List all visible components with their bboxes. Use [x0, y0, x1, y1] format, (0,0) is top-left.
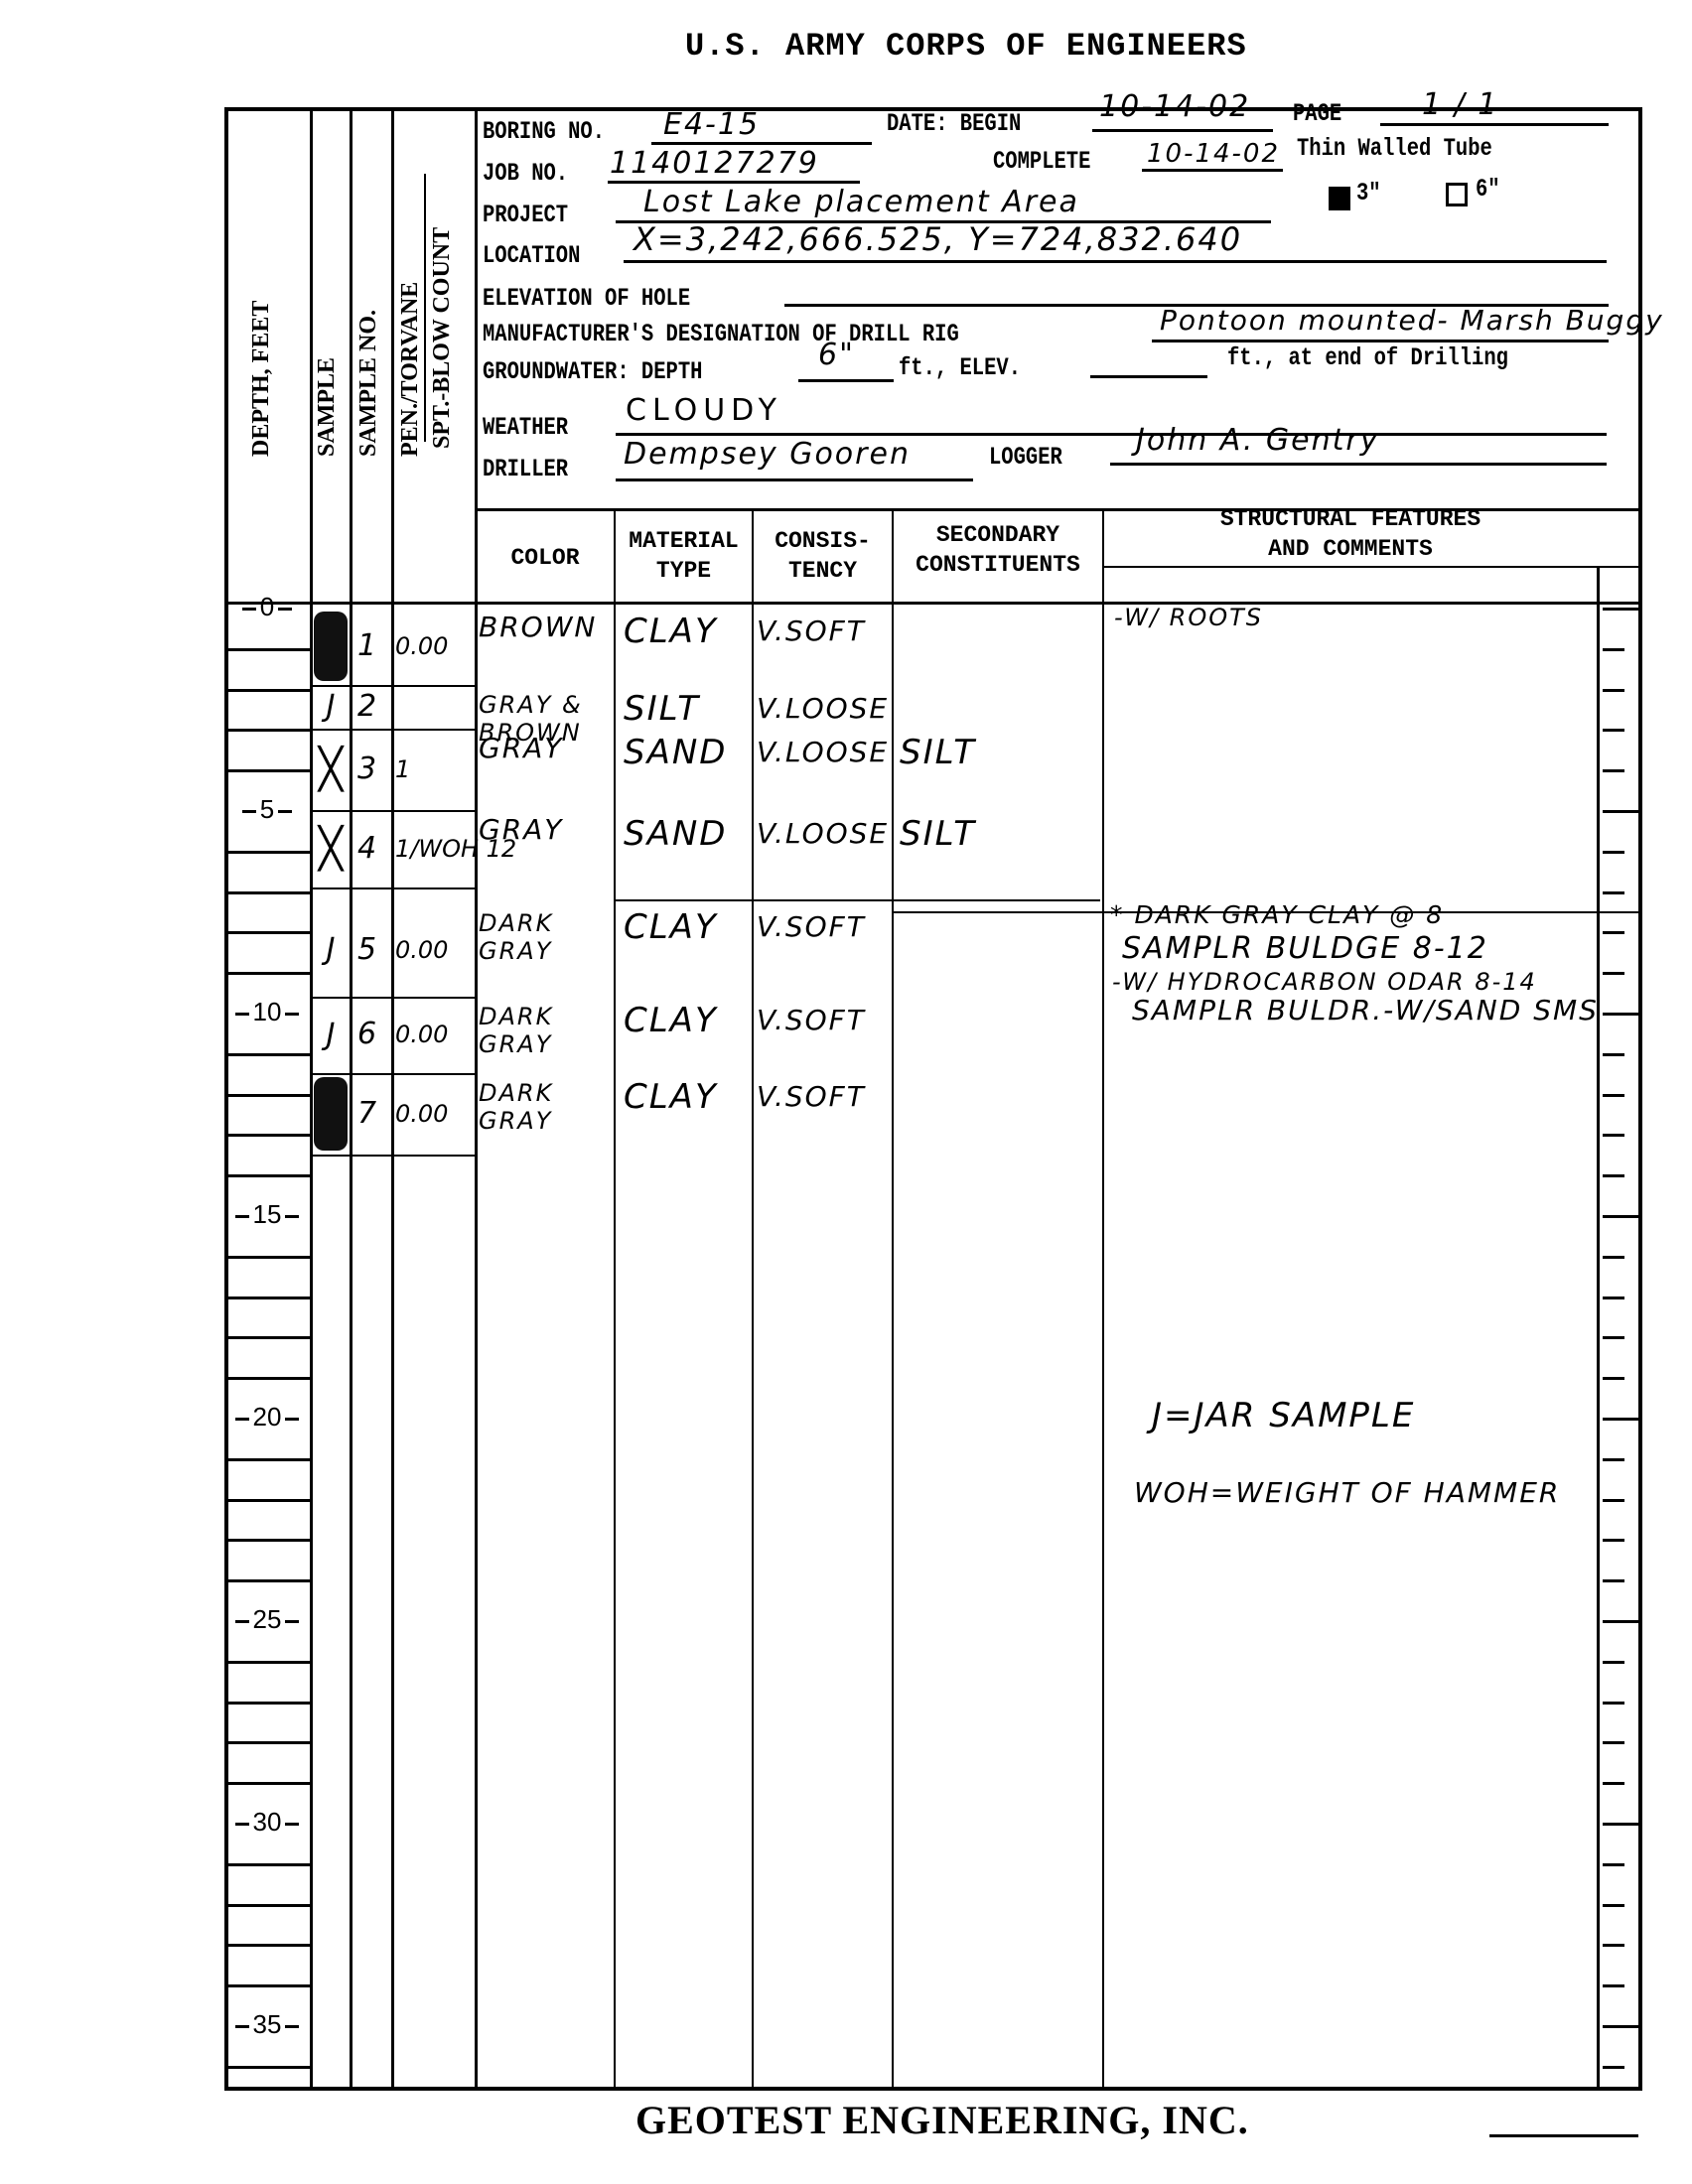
right-scale-tick — [1603, 810, 1638, 813]
divider — [475, 109, 478, 2090]
right-scale-tick — [1603, 931, 1624, 934]
sample-number: 2 — [357, 691, 378, 723]
color-value: GRAY — [479, 735, 610, 762]
color-value: DARK GRAY — [479, 909, 610, 965]
col-consistency-line1: CONSIS- — [754, 526, 892, 556]
right-scale-tick — [1603, 891, 1624, 894]
depth-tick-line — [224, 972, 310, 975]
pen-value: 0.00 — [395, 1098, 448, 1130]
right-scale-tick — [1603, 1539, 1624, 1542]
underline — [1142, 169, 1283, 172]
right-scale-tick — [1603, 729, 1624, 732]
material-value: SAND — [624, 737, 727, 768]
depth-tick-line — [224, 1174, 310, 1177]
logger-label: LOGGER — [989, 443, 1062, 472]
right-scale-tick — [1603, 1377, 1624, 1380]
depth-tick-line — [224, 1661, 310, 1664]
sample-spt-icon: ╳ — [314, 733, 348, 806]
underline — [651, 142, 872, 145]
signature-line — [1489, 2134, 1638, 2137]
tube-3in-label: 3" — [1356, 179, 1381, 207]
right-scale-tick — [1603, 648, 1624, 651]
right-scale-tick — [1603, 2066, 1624, 2069]
right-scale-tick — [1603, 1944, 1624, 1947]
secondary-value: SILT — [900, 818, 976, 850]
legend-jar-sample: J=JAR SAMPLE — [1152, 1400, 1415, 1432]
right-scale-tick — [1603, 2025, 1638, 2028]
depth-label: 10 — [224, 997, 310, 1027]
material-value: CLAY — [624, 615, 718, 647]
col-structural: STRUCTURAL FEATURES AND COMMENTS — [1104, 504, 1597, 564]
boring-no-value[interactable]: E4-15 — [663, 107, 760, 142]
right-scale-tick — [1603, 1215, 1638, 1218]
depth-tick-line — [224, 689, 310, 692]
sample-number: 6 — [357, 1019, 378, 1050]
right-scale-tick — [1603, 1984, 1624, 1987]
depth-tick-line — [224, 1782, 310, 1785]
consistency-value: V.SOFT — [757, 911, 866, 943]
col-secondary: SECONDARY CONSTITUENTS — [894, 520, 1102, 580]
sample-number: 3 — [357, 753, 378, 785]
right-scale-tick — [1603, 972, 1624, 975]
right-scale-tick — [1603, 689, 1624, 692]
col-material: MATERIAL TYPE — [616, 526, 752, 586]
legend-weight-of-hammer: WOH=WEIGHT OF HAMMER — [1134, 1477, 1560, 1509]
tube-3in-checkbox[interactable] — [1329, 187, 1350, 210]
color-value: GRAY — [479, 816, 610, 844]
sample-no-header: SAMPLE NO. — [355, 310, 382, 457]
sample-jar-icon: J — [314, 907, 348, 993]
right-scale-tick — [1603, 1782, 1624, 1785]
end-drilling-label: ft., at end of Drilling — [1227, 343, 1508, 372]
right-scale-tick — [1603, 1741, 1624, 1744]
divider — [350, 109, 352, 2090]
sample-row-divider — [310, 729, 475, 731]
divider — [752, 508, 754, 2087]
pen-value: 0.00 — [395, 934, 448, 966]
depth-tick-line — [224, 1984, 310, 1987]
underline — [1152, 340, 1609, 342]
divider — [1102, 508, 1104, 2087]
pen-value: 1 — [395, 753, 410, 785]
right-scale-tick — [1603, 1458, 1624, 1461]
right-scale-tick — [1603, 1702, 1624, 1705]
consistency-value: V.SOFT — [757, 1005, 866, 1036]
tube-6in-checkbox[interactable] — [1446, 183, 1468, 206]
page-value: 1 / 1 — [1422, 87, 1498, 122]
depth-header: DEPTH, FEET — [248, 301, 275, 457]
right-scale-tick — [1603, 1013, 1638, 1016]
divider — [614, 508, 616, 2087]
col-secondary-line1: SECONDARY — [894, 520, 1102, 550]
depth-tick-line — [224, 1053, 310, 1056]
sample-jar-icon: J — [314, 689, 348, 726]
right-scale-tick — [1603, 1661, 1624, 1664]
col-structural-line1: STRUCTURAL FEATURES — [1104, 504, 1597, 534]
divider — [391, 109, 394, 2090]
underline — [1110, 463, 1607, 466]
depth-tick-line — [224, 1539, 310, 1542]
sample-header: SAMPLE — [314, 357, 341, 457]
underline — [624, 260, 1607, 263]
depth-label: 0 — [224, 592, 310, 622]
right-scale-tick — [1603, 1297, 1624, 1299]
right-scale-tick — [1603, 1174, 1624, 1177]
job-no-label: JOB NO. — [483, 159, 568, 188]
depth-tick-line — [224, 729, 310, 732]
material-value: SILT — [624, 693, 700, 725]
material-value: CLAY — [624, 1081, 718, 1113]
depth-label: 20 — [224, 1402, 310, 1433]
sample-row-divider — [310, 1073, 475, 1075]
depth-tick-line — [224, 1094, 310, 1097]
depth-tick-line — [224, 1741, 310, 1744]
logger-value[interactable]: John A. Gentry — [1136, 423, 1380, 458]
pen-value: 0.00 — [395, 1019, 448, 1050]
divider — [310, 109, 313, 2090]
weather-value[interactable]: CLOUDY — [626, 393, 782, 428]
col-structural-line2: AND COMMENTS — [1104, 534, 1597, 564]
consistency-value: V.SOFT — [757, 615, 866, 647]
depth-tick-line — [224, 2066, 310, 2069]
underline — [1380, 123, 1609, 126]
groundwater-depth-value[interactable]: 6" — [818, 338, 855, 372]
depth-label: 15 — [224, 1199, 310, 1230]
sample-spt-icon: ╳ — [314, 814, 348, 884]
depth-label: 5 — [224, 794, 310, 825]
company-footer: GEOTEST ENGINEERING, INC. — [635, 2097, 1249, 2143]
depth-tick-line — [224, 1904, 310, 1907]
depth-tick-line — [224, 851, 310, 854]
page-label: PAGE — [1293, 99, 1341, 128]
depth-tick-line — [224, 1336, 310, 1339]
column-header-divider — [224, 602, 1642, 605]
tube-label: Thin Walled Tube — [1297, 134, 1492, 163]
ft-elev-label: ft., ELEV. — [899, 353, 1021, 382]
col-consistency: CONSIS- TENCY — [754, 526, 892, 586]
underline — [616, 433, 1607, 436]
right-scale-tick — [1603, 1620, 1638, 1623]
right-scale-tick — [1603, 1094, 1624, 1097]
layer-divider — [614, 899, 1100, 901]
groundwater-label: GROUNDWATER: DEPTH — [483, 357, 702, 386]
groundwater-elev-field — [1090, 375, 1207, 378]
project-value[interactable]: Lost Lake placement Area — [643, 185, 1079, 219]
depth-label: 30 — [224, 1807, 310, 1838]
sample-row-divider — [310, 685, 475, 687]
depth-tick-line — [224, 1256, 310, 1259]
depth-tick-line — [224, 648, 310, 651]
sample-row-divider — [310, 810, 475, 812]
pen-torvane-header: PEN./TORVANE — [397, 282, 424, 457]
col-material-line2: TYPE — [616, 556, 752, 586]
depth-tick-line — [224, 931, 310, 934]
col-material-line1: MATERIAL — [616, 526, 752, 556]
right-scale-tick — [1603, 1134, 1624, 1137]
underline — [616, 478, 973, 481]
color-value: DARK GRAY — [479, 1079, 610, 1135]
comment-line-4: SAMPLR BULDR.-W/SAND SMS — [1132, 995, 1599, 1026]
job-no-value[interactable]: 1140127279 — [610, 146, 819, 181]
divider — [1102, 566, 1642, 568]
underline — [608, 181, 860, 184]
depth-tick-line — [224, 1863, 310, 1866]
complete-label: COMPLETE — [993, 147, 1090, 176]
driller-value[interactable]: Dempsey Gooren — [624, 437, 911, 472]
col-secondary-line2: CONSTITUENTS — [894, 550, 1102, 580]
right-scale-tick — [1603, 1336, 1624, 1339]
driller-label: DRILLER — [483, 455, 568, 483]
comment-line-2: SAMPLR BULDGE 8-12 — [1122, 933, 1488, 965]
right-scale-tick — [1603, 769, 1624, 772]
material-value: CLAY — [624, 1005, 718, 1036]
rig-value[interactable]: Pontoon mounted- Marsh Buggy — [1160, 304, 1664, 337]
depth-tick-line — [224, 1134, 310, 1137]
consistency-value: V.LOOSE — [757, 737, 889, 768]
comment-line-1: * DARK GRAY CLAY @ 8 — [1110, 899, 1444, 931]
sample-number: 5 — [357, 934, 378, 966]
right-scale-tick — [1603, 1418, 1638, 1421]
location-label: LOCATION — [483, 241, 580, 270]
depth-tick-line — [224, 1458, 310, 1461]
col-color: COLOR — [477, 543, 614, 573]
location-value[interactable]: X=3,242,666.525, Y=724,832.640 — [634, 220, 1242, 258]
right-scale-tick — [1603, 608, 1638, 611]
depth-label: 35 — [224, 2009, 310, 2040]
date-complete-value[interactable]: 10-14-02 — [1147, 139, 1280, 169]
boring-no-label: BORING NO. — [483, 117, 605, 146]
depth-tick-line — [224, 1944, 310, 1947]
sample-number: 1 — [357, 630, 378, 662]
divider — [892, 508, 894, 2087]
sample-undisturbed-icon — [314, 1077, 348, 1151]
right-scale-tick — [1603, 1823, 1638, 1826]
color-value: BROWN — [479, 614, 610, 641]
depth-tick-line — [224, 1377, 310, 1380]
spt-blow-header: SPT.-BLOW COUNT — [429, 227, 456, 449]
right-scale-tick — [1603, 1256, 1624, 1259]
underline — [1092, 129, 1273, 132]
sample-row-divider — [310, 997, 475, 999]
color-value: DARK GRAY — [479, 1003, 610, 1058]
right-scale-tick — [1603, 1499, 1624, 1502]
right-scale-tick — [1603, 1053, 1624, 1056]
date-begin-label: DATE: BEGIN — [887, 109, 1021, 138]
date-begin-value[interactable]: 10-14-02 — [1099, 89, 1250, 124]
consistency-value: V.LOOSE — [757, 818, 889, 850]
right-scale-tick — [1603, 1579, 1624, 1582]
sample-row-divider — [310, 887, 475, 889]
consistency-value: V.SOFT — [757, 1081, 866, 1113]
sample-undisturbed-icon — [314, 612, 348, 681]
agency-title: U.S. ARMY CORPS OF ENGINEERS — [685, 28, 1247, 65]
right-scale-tick — [1603, 1904, 1624, 1907]
depth-tick-line — [224, 1297, 310, 1299]
material-value: CLAY — [624, 911, 718, 943]
depth-tick-line — [224, 1499, 310, 1502]
depth-tick-line — [224, 1702, 310, 1705]
sample-number: 7 — [357, 1098, 378, 1130]
sample-number: 4 — [357, 833, 378, 865]
rig-label: MANUFACTURER'S DESIGNATION OF DRILL RIG — [483, 320, 959, 348]
sample-jar-icon: J — [314, 1001, 348, 1070]
depth-tick-line — [224, 769, 310, 772]
secondary-value: SILT — [900, 737, 976, 768]
depth-tick-line — [224, 1579, 310, 1582]
right-scale-tick — [1603, 851, 1624, 854]
project-label: PROJECT — [483, 201, 568, 229]
col-consistency-line2: TENCY — [754, 556, 892, 586]
depth-tick-line — [224, 891, 310, 894]
elevation-label: ELEVATION OF HOLE — [483, 284, 690, 313]
scale-strip-divider — [1597, 566, 1600, 2087]
sample-row-divider — [310, 1155, 475, 1157]
fraction-bar — [424, 174, 426, 442]
pen-value: 0.00 — [395, 630, 448, 662]
depth-label: 25 — [224, 1604, 310, 1635]
underline — [798, 379, 894, 382]
comment-roots: -W/ ROOTS — [1114, 602, 1263, 633]
tube-6in-label: 6" — [1476, 175, 1500, 204]
right-scale-tick — [1603, 1863, 1624, 1866]
material-value: SAND — [624, 818, 727, 850]
weather-label: WEATHER — [483, 413, 568, 442]
consistency-value: V.LOOSE — [757, 693, 889, 725]
